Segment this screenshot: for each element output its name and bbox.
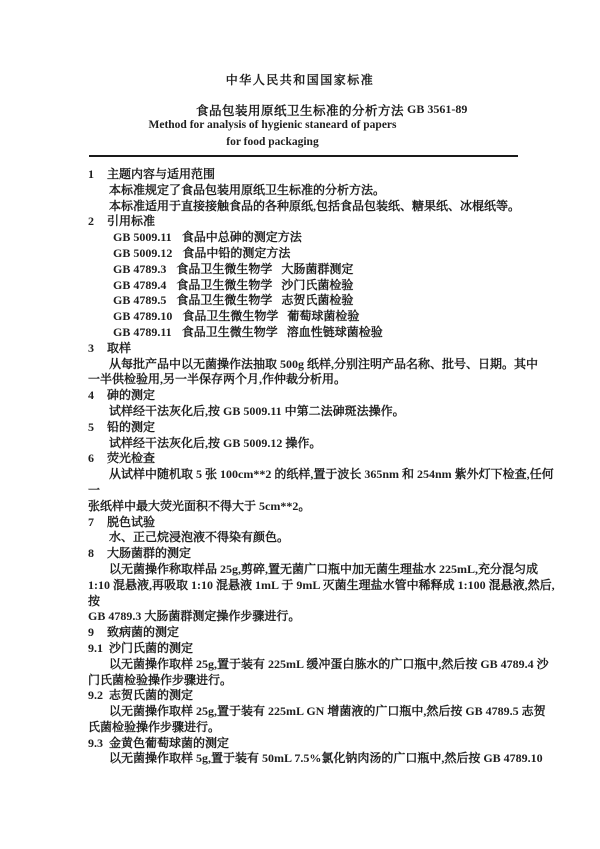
reference-line: GB 5009.12食品中铅的测定方法 <box>88 246 558 262</box>
section-number: 9.2 <box>88 688 103 704</box>
ref-code: GB 4789.4 <box>113 278 166 292</box>
text-line: 试样经干法灰化后,按 GB 5009.12 操作。 <box>88 436 558 452</box>
section-title: 砷的测定 <box>107 388 155 402</box>
section-heading: 9.3金黄色葡萄球菌的测定 <box>88 736 558 752</box>
text-line: 从试样中随机取 5 张 100cm**2 的纸样,置于波长 365nm 和 25… <box>88 467 558 483</box>
section-number: 3 <box>88 341 101 357</box>
ref-category: 食品卫生微生物学 <box>176 293 272 307</box>
section-title: 大肠菌群的测定 <box>107 546 191 560</box>
ref-category: 食品卫生微生物学 <box>182 309 278 323</box>
section-title: 取样 <box>107 341 131 355</box>
ref-category: 食品卫生微生物学 <box>182 325 278 339</box>
section-number: 2 <box>88 214 101 230</box>
ref-code: GB 4789.11 <box>113 325 172 339</box>
text-line: 本标准适用于直接接触食品的各种原纸,包括食品包装纸、糖果纸、冰棍纸等。 <box>88 199 558 215</box>
section-title: 荧光检查 <box>107 451 155 465</box>
section-title: 金黄色葡萄球菌的测定 <box>109 736 229 750</box>
reference-line: GB 5009.11食品中总砷的测定方法 <box>88 230 558 246</box>
reference-line: GB 4789.3食品卫生微生物学大肠菌群测定 <box>88 262 558 278</box>
ref-category: 食品卫生微生物学 <box>176 278 272 292</box>
document-body: 1主题内容与适用范围本标准规定了食品包装用原纸卫生标准的分析方法。本标准适用于直… <box>88 167 558 767</box>
section-title: 主题内容与适用范围 <box>107 167 215 181</box>
section-number: 9.1 <box>88 641 103 657</box>
text-line: 本标准规定了食品包装用原纸卫生标准的分析方法。 <box>88 183 558 199</box>
text-line: 1:10 混悬液,再吸取 1:10 混悬液 1mL 于 9mL 灭菌生理盐水管中… <box>88 578 558 594</box>
text-line: 一半供检验用,另一半保存两个月,作仲裁分析用。 <box>88 372 558 388</box>
ref-category: 食品卫生微生物学 <box>176 262 272 276</box>
reference-line: GB 4789.11食品卫生微生物学溶血性链球菌检验 <box>88 325 558 341</box>
text-line: 张纸样中最大荧光面积不得大于 5cm**2。 <box>88 499 558 515</box>
section-heading: 1主题内容与适用范围 <box>88 167 558 183</box>
section-title: 沙门氏菌的测定 <box>109 641 193 655</box>
ref-code: GB 4789.5 <box>113 293 166 307</box>
section-heading: 2引用标准 <box>88 214 558 230</box>
text-line: 以无菌操作取样 25g,置于装有 225mL GN 增菌液的广口瓶中,然后按 G… <box>88 704 558 720</box>
ref-name: 沙门氏菌检验 <box>281 278 353 292</box>
ref-name: 葡萄球菌检验 <box>287 309 359 323</box>
section-number: 8 <box>88 546 101 562</box>
text-line: GB 4789.3 大肠菌群测定操作步骤进行。 <box>88 609 558 625</box>
document-page: 中华人民共和国国家标准 食品包装用原纸卫生标准的分析方法 GB 3561-89 … <box>0 0 600 849</box>
doc-title-zh: 食品包装用原纸卫生标准的分析方法 <box>196 104 404 118</box>
reference-line: GB 4789.10食品卫生微生物学葡萄球菌检验 <box>88 309 558 325</box>
ref-code: GB 4789.3 <box>113 262 166 276</box>
section-title: 致病菌的测定 <box>107 625 179 639</box>
ref-code: GB 4789.10 <box>113 309 172 323</box>
text-line: 水、正己烷浸泡液不得染有颜色。 <box>88 530 558 546</box>
section-heading: 3取样 <box>88 341 558 357</box>
ref-code: GB 5009.11 <box>113 230 172 244</box>
section-heading: 8大肠菌群的测定 <box>88 546 558 562</box>
doc-title-en-line2: for food packaging <box>0 136 545 148</box>
section-heading: 7脱色试验 <box>88 515 558 531</box>
reference-line: GB 4789.4食品卫生微生物学沙门氏菌检验 <box>88 278 558 294</box>
section-number: 7 <box>88 515 101 531</box>
section-title: 志贺氏菌的测定 <box>109 688 193 702</box>
text-line: 从每批产品中以无菌操作法抽取 500g 纸样,分别注明产品名称、批号、日期。其中 <box>88 357 558 373</box>
text-line: 按 <box>88 594 558 610</box>
ref-name: 食品中总砷的测定方法 <box>182 230 302 244</box>
section-number: 9.3 <box>88 736 103 752</box>
ref-name: 食品中铅的测定方法 <box>182 246 290 260</box>
ref-code: GB 5009.12 <box>113 246 172 260</box>
org-title: 中华人民共和国国家标准 <box>0 71 600 88</box>
ref-name: 志贺氏菌检验 <box>281 293 353 307</box>
section-number: 4 <box>88 388 101 404</box>
text-line: 以无菌操作取样 5g,置于装有 50mL 7.5%氯化钠肉汤的广口瓶中,然后按 … <box>88 751 558 767</box>
section-heading: 9.2志贺氏菌的测定 <box>88 688 558 704</box>
section-heading: 6荧光检查 <box>88 451 558 467</box>
text-line: 一 <box>88 483 558 499</box>
doc-title-en-line1: Method for analysis of hygienic staneard… <box>0 119 545 131</box>
text-line: 氏菌检验操作步骤进行。 <box>88 720 558 736</box>
ref-name: 溶血性链球菌检验 <box>287 325 383 339</box>
section-number: 5 <box>88 420 101 436</box>
section-number: 9 <box>88 625 101 641</box>
section-heading: 4砷的测定 <box>88 388 558 404</box>
section-heading: 5铅的测定 <box>88 420 558 436</box>
reference-line: GB 4789.5食品卫生微生物学志贺氏菌检验 <box>88 293 558 309</box>
section-title: 脱色试验 <box>107 515 155 529</box>
text-line: 以无菌操作称取样品 25g,剪碎,置无菌广口瓶中加无菌生理盐水 225mL,充分… <box>88 562 558 578</box>
header-rule-divider <box>89 155 518 157</box>
section-title: 铅的测定 <box>107 420 155 434</box>
text-line: 试样经干法灰化后,按 GB 5009.11 中第二法砷斑法操作。 <box>88 404 558 420</box>
section-heading: 9.1沙门氏菌的测定 <box>88 641 558 657</box>
doc-number: GB 3561-89 <box>407 102 467 117</box>
section-number: 1 <box>88 167 101 183</box>
section-heading: 9致病菌的测定 <box>88 625 558 641</box>
text-line: 门氏菌检验操作步骤进行。 <box>88 673 558 689</box>
text-line: 以无菌操作取样 25g,置于装有 225mL 缓冲蛋白胨水的广口瓶中,然后按 G… <box>88 657 558 673</box>
section-number: 6 <box>88 451 101 467</box>
section-title: 引用标准 <box>107 214 155 228</box>
doc-title-row: 食品包装用原纸卫生标准的分析方法 GB 3561-89 <box>0 101 600 119</box>
ref-name: 大肠菌群测定 <box>281 262 353 276</box>
